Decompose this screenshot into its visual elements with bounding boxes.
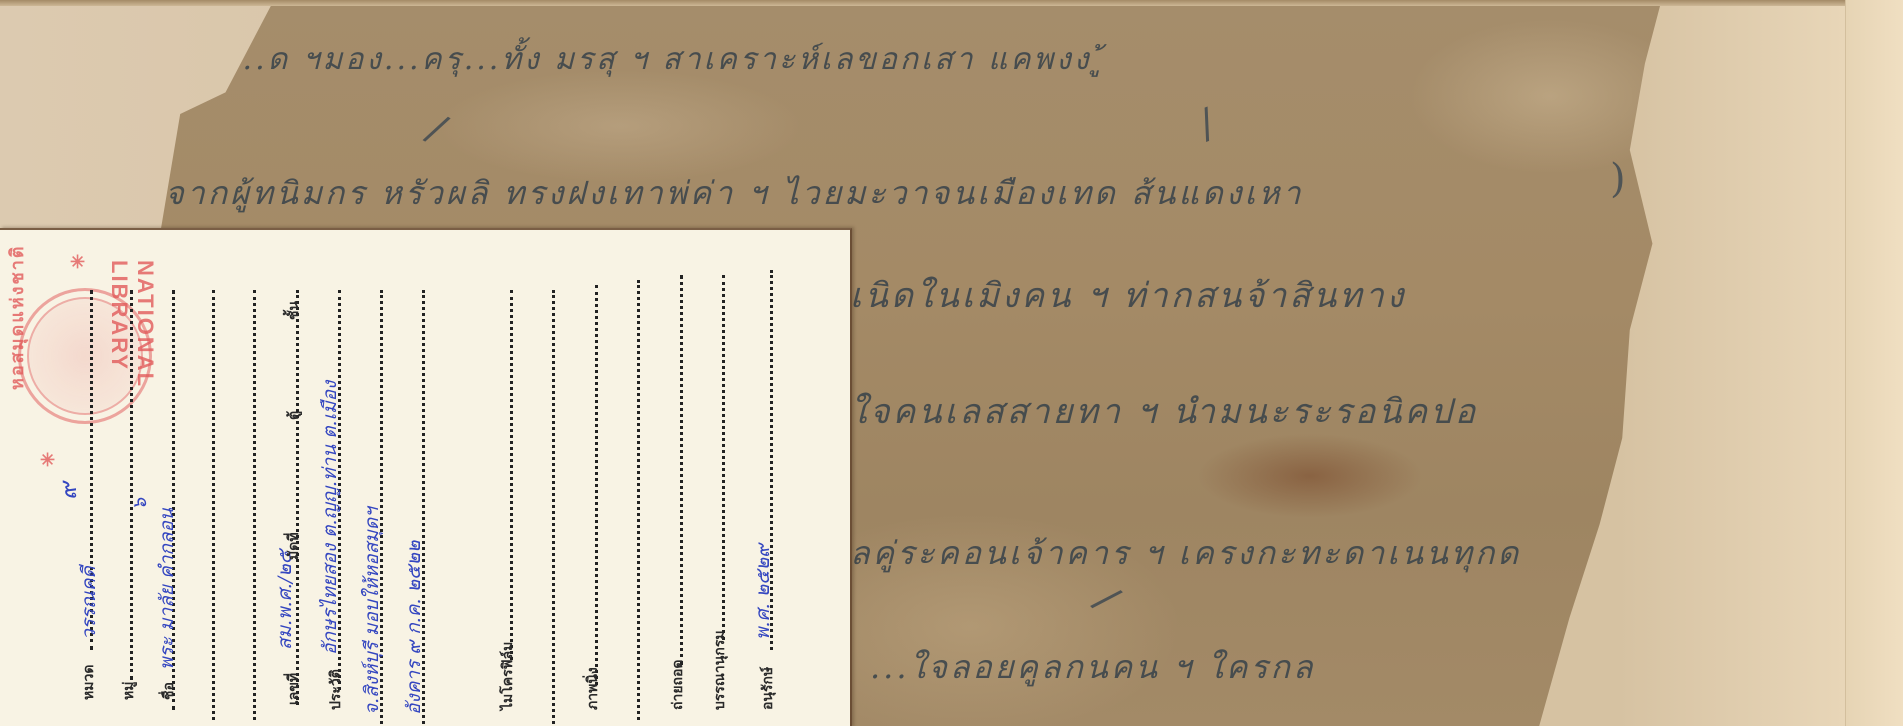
field-line-blank (212, 290, 215, 720)
manuscript-line-5: ลคู่ระคอนเจ้าคาร ฯ เครงกะทะดาเนนทุกด (850, 528, 1521, 579)
field-line-bibliography (722, 275, 725, 640)
label-category: หมวด (78, 665, 100, 700)
value-conservation: พ.ศ. ๒๕๒๙ (748, 544, 778, 640)
label-conservation: อนุรักษ์ (757, 667, 779, 710)
label-still-image: ภาพนิ่ง (582, 667, 604, 710)
value-title: พระ มาลัย คำกลอน (152, 508, 182, 670)
field-line-transcription (680, 275, 683, 665)
value-title-number: ๖ (125, 498, 155, 510)
field-line-blank (552, 290, 555, 726)
label-number: เลขที่ (283, 673, 305, 705)
ink-stroke: / (1086, 578, 1128, 620)
catalog-card: NATIONAL LIBRARY หอสมุดแห่งชาติ ✳ ✳ หมวด… (0, 228, 852, 726)
label-microfilm: ไมโครฟิล์ม (497, 642, 519, 710)
value-history-line-1: อักษรไทยสอง ต.ญญ.ท่าน ต.เมือง (315, 381, 345, 655)
value-category-number: ๙ (48, 482, 87, 500)
field-line-microfilm (510, 290, 513, 660)
field-line-group (130, 290, 133, 680)
field-line-blank (253, 290, 256, 720)
right-paper-edge (1845, 0, 1903, 726)
label-bibliography: บรรณานุกรม (709, 630, 731, 710)
ink-stroke: / (419, 106, 454, 153)
ink-stroke: / (1193, 100, 1221, 148)
label-bundle: มัดที่ (283, 532, 305, 560)
ink-stroke: ) (1610, 156, 1626, 202)
manuscript-line-2: จากผู้ทนิมกร หรัวผลิ ทรงฝงเทาพ่ค่า ฯ ไวย… (165, 168, 1303, 219)
manuscript-line-4: ใจคนเลสสายทา ฯ นำมนะระรอนิคปอ (850, 384, 1478, 438)
manuscript-line-6: ...ใจลอยคูลกนคน ฯ ใครกล (870, 642, 1316, 693)
label-group: หมู่ (118, 682, 140, 700)
value-history-line-2: จ.สิงห์บุรี มอบให้หอสมุดฯ (357, 507, 387, 715)
stamp-star-icon: ✳ (70, 252, 87, 273)
label-transcription: ถ่ายถอด (667, 659, 689, 710)
manuscript-line-3: เนิดในเมิงคน ฯ ท่ากสนจ้าสินทาง (850, 268, 1406, 322)
field-line-still-image (595, 285, 598, 685)
value-number: สม.พ.ศ./๒๕ (270, 550, 300, 650)
value-category: วรรณคดี (74, 566, 104, 640)
top-edge (0, 0, 1903, 6)
field-line-blank (637, 280, 640, 720)
label-cabinet: ตู้ (283, 411, 305, 420)
manuscript-line-1: ...ด ฯมอง...ครุ...ทั้ง มรสุ ฯ สาเคราะห์เ… (230, 36, 1105, 83)
value-history-line-3: อังคาร ๙ ก.ค. ๒๕๒๒ (399, 540, 429, 715)
stamp-star-icon: ✳ (40, 450, 57, 471)
label-history: ประวัติ (325, 669, 347, 710)
stamp-thai-text: หอสมุดแห่งชาติ (2, 245, 31, 391)
label-shelf: ชั้น (283, 301, 305, 320)
label-title: ชื่อ (158, 682, 180, 700)
national-library-stamp: NATIONAL LIBRARY หอสมุดแห่งชาติ ✳ ✳ (0, 250, 170, 430)
